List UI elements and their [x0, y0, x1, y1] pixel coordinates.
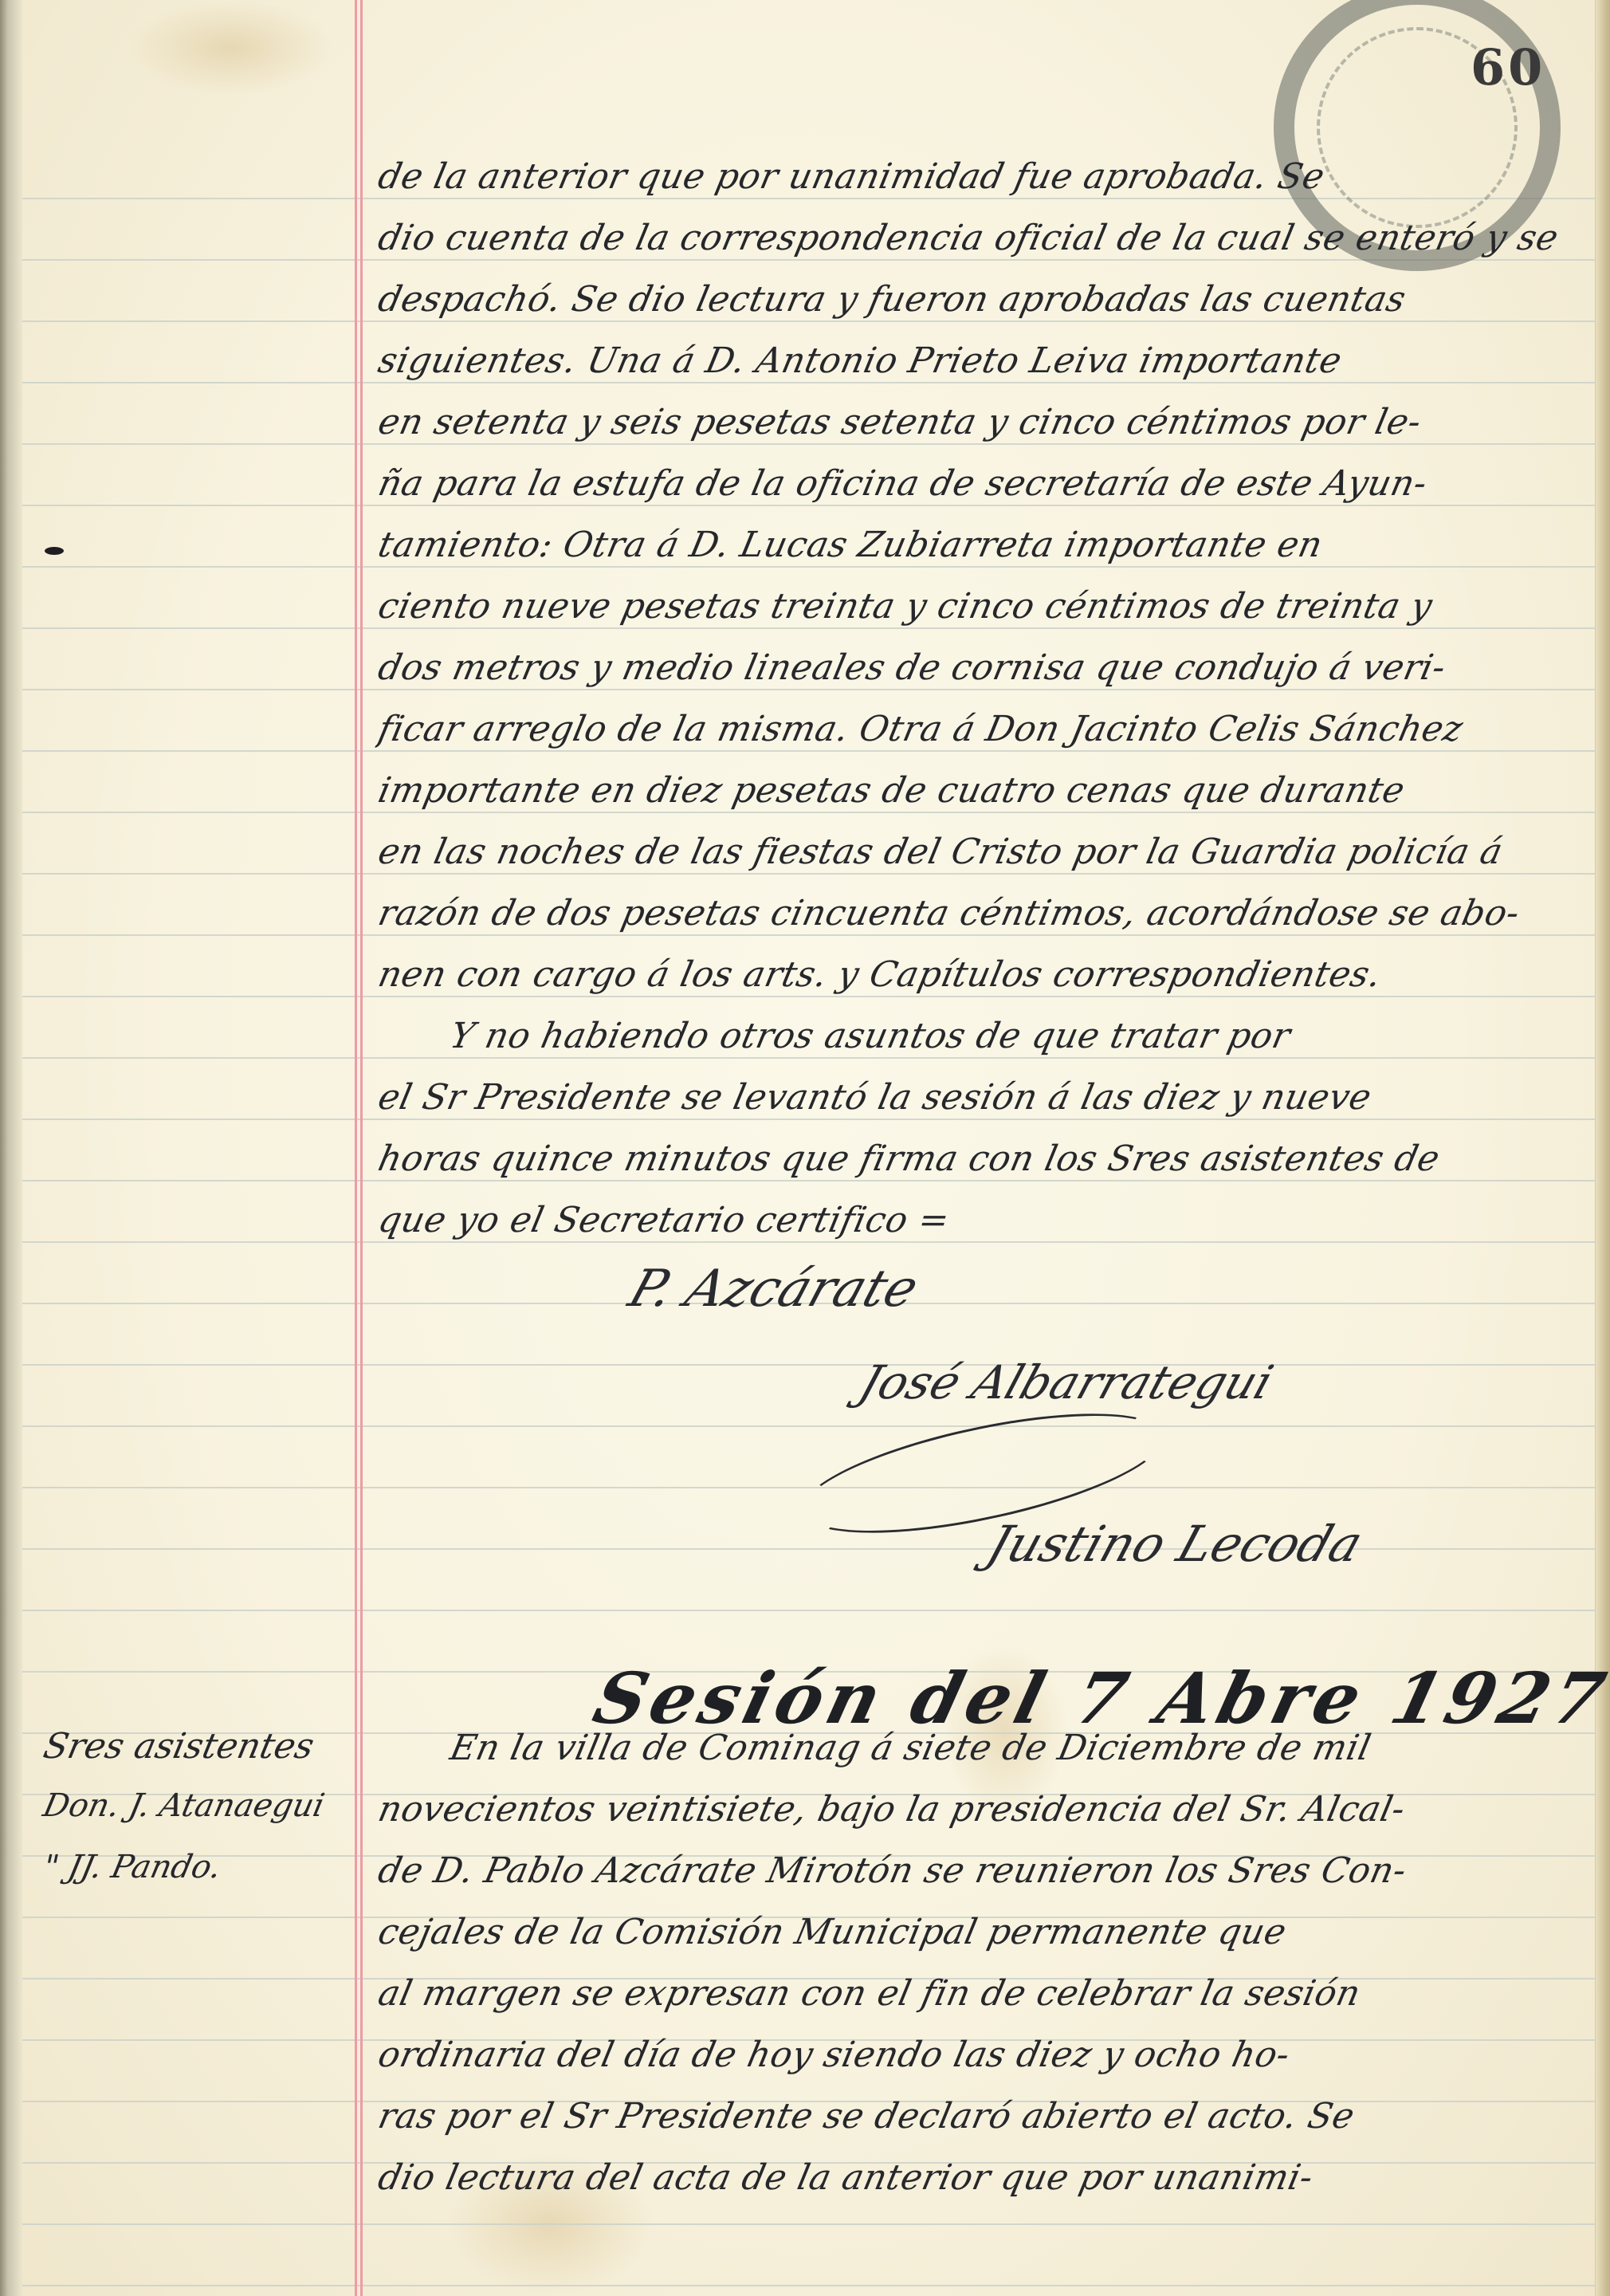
- text-line: el Sr Presidente se levantó la sesión á …: [375, 1077, 1587, 1118]
- text-line: dos metros y medio lineales de cornisa q…: [375, 647, 1587, 688]
- ruled-line: [22, 1057, 1596, 1059]
- ledger-page: 60 de la anterior que por unanimidad fue…: [0, 0, 1610, 2296]
- ruled-line: [22, 2285, 1596, 2286]
- margin-line: [360, 0, 363, 2296]
- signature-albarrategui: José Albarrategui: [853, 1355, 1280, 1409]
- text-line: en las noches de las fiestas del Cristo …: [375, 832, 1587, 872]
- text-line: razón de dos pesetas cincuenta céntimos,…: [375, 893, 1587, 934]
- text-line: siguientes. Una á D. Antonio Prieto Leiv…: [375, 340, 1587, 381]
- ruled-line: [22, 689, 1596, 690]
- ruled-line: [22, 320, 1596, 322]
- text-line: al margen se expresan con el fin de cele…: [375, 1973, 1587, 2014]
- ruled-line: [22, 1180, 1596, 1181]
- text-line: dio cuenta de la correspondencia oficial…: [375, 218, 1587, 258]
- ruled-line: [22, 1610, 1596, 1611]
- attendee-name: Don. J. Atanaegui: [40, 1787, 328, 1824]
- text-line: de la anterior que por unanimidad fue ap…: [375, 156, 1587, 197]
- signature-azcarate: P. Azcárate: [622, 1260, 925, 1319]
- ruled-line: [22, 1364, 1596, 1366]
- attendee-name: " JJ. Pando.: [40, 1849, 225, 1885]
- ruled-line: [22, 1425, 1596, 1427]
- ruled-line: [22, 750, 1596, 752]
- ruled-line: [22, 627, 1596, 629]
- text-line: Y no habiendo otros asuntos de que trata…: [446, 1016, 1610, 1056]
- signature-lecoda: Justino Lecoda: [980, 1515, 1370, 1573]
- text-line: ña para la estufa de la oficina de secre…: [375, 463, 1587, 504]
- ruled-line: [22, 934, 1596, 936]
- ruled-line: [22, 2223, 1596, 2225]
- ink-mark: [45, 547, 64, 555]
- text-line: ficar arreglo de la misma. Otra á Don Ja…: [375, 709, 1587, 749]
- paper-stain: [128, 0, 335, 96]
- text-line: en setenta y seis pesetas setenta y cinc…: [375, 402, 1587, 442]
- margin-note-title: Sres asistentes: [40, 1726, 317, 1767]
- text-line: ordinaria del día de hoy siendo las diez…: [375, 2035, 1587, 2075]
- page-number: 60: [1471, 38, 1545, 96]
- text-line: que yo el Secretario certifico =: [375, 1200, 1587, 1240]
- text-line: cejales de la Comisión Municipal permane…: [375, 1912, 1587, 1952]
- text-line: importante en diez pesetas de cuatro cen…: [375, 770, 1587, 811]
- ruled-line: [22, 505, 1596, 506]
- text-line: ciento nueve pesetas treinta y cinco cén…: [375, 586, 1587, 627]
- text-line: ras por el Sr Presidente se declaró abie…: [375, 2096, 1587, 2137]
- ruled-line: [22, 873, 1596, 875]
- text-line: novecientos veintisiete, bajo la preside…: [375, 1789, 1587, 1830]
- binding-shadow: [0, 0, 22, 2296]
- ruled-line: [22, 382, 1596, 383]
- text-line: En la villa de Cominag á siete de Diciem…: [446, 1728, 1610, 1768]
- page-edge: [1595, 0, 1610, 2296]
- ruled-line: [22, 1487, 1596, 1488]
- text-line: horas quince minutos que firma con los S…: [375, 1138, 1587, 1179]
- text-line: de D. Pablo Azcárate Mirotón se reuniero…: [375, 1850, 1587, 1891]
- text-line: despachó. Se dio lectura y fueron aproba…: [375, 279, 1587, 320]
- ruled-line: [22, 1548, 1596, 1550]
- text-line: nen con cargo á los arts. y Capítulos co…: [375, 954, 1587, 995]
- ruled-line: [22, 1119, 1596, 1120]
- ruled-line: [22, 1241, 1596, 1243]
- ruled-line: [22, 443, 1596, 445]
- ruled-line: [22, 566, 1596, 568]
- text-line: dio lectura del acta de la anterior que …: [375, 2157, 1587, 2198]
- ruled-line: [22, 812, 1596, 813]
- text-line: tamiento: Otra á D. Lucas Zubiarreta imp…: [375, 525, 1587, 565]
- ruled-line: [22, 996, 1596, 997]
- margin-line: [355, 0, 357, 2296]
